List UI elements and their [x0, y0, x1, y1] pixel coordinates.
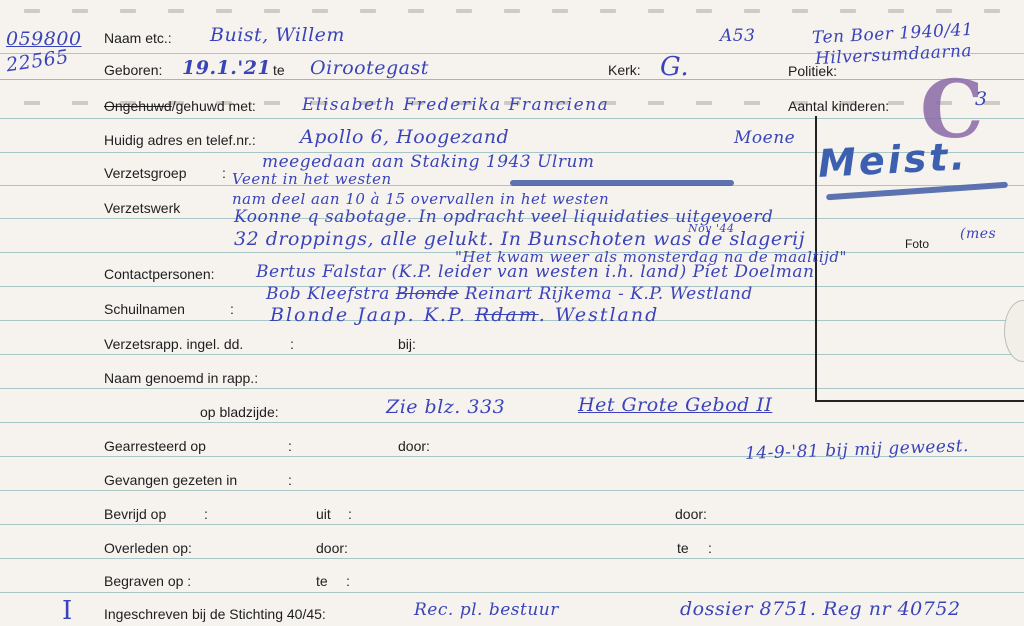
value-op-bladzijde: Zie blz. 333 [386, 396, 505, 418]
margin-number-1: 059800 [6, 28, 82, 50]
value-bezoek: 14-9-'81 bij mij geweest. [745, 436, 970, 464]
label-gevangen: Gevangen gezeten in [104, 472, 237, 488]
value-verzetsgroep: meegedaan aan Staking 1943 Ulrum [262, 152, 595, 172]
label-bij: bij: [398, 336, 416, 352]
label-contactpersonen: Contactpersonen: [104, 266, 215, 282]
perforation-mark [648, 9, 664, 13]
colon: : [348, 506, 352, 522]
value-bron: Het Grote Gebod II [578, 394, 772, 416]
perforation-mark [840, 9, 856, 13]
colon: : [288, 472, 292, 488]
label-te: te [316, 573, 328, 589]
value-naam: Buist, Willem [210, 24, 345, 46]
schuilnaam: Blonde Jaap. [270, 304, 416, 326]
schuilnaam-struck: Blonde [396, 284, 459, 304]
colon: : [708, 540, 712, 556]
label-gearresteerd: Gearresteerd op [104, 438, 206, 454]
label-gehuwd: Ongehuwd/gehuwd met: [104, 98, 256, 114]
label-ingeschreven: Ingeschreven bij de Stichting 40/45: [104, 606, 326, 622]
label-gehuwd-met: /gehuwd met: [172, 98, 256, 114]
perforation-mark [408, 9, 424, 13]
perforation-mark [120, 9, 136, 13]
value-dossier: dossier 8751. Reg nr 40752 [680, 598, 961, 620]
label-naam: Naam etc.: [104, 30, 172, 46]
value-kerk: G. [660, 52, 689, 82]
label-verzetsgroep: Verzetsgroep [104, 165, 187, 181]
value-aantal-kinderen: 3 [975, 88, 988, 110]
marker-name: Meist. [817, 134, 969, 186]
perforation-mark [744, 101, 760, 105]
label-aantal-kinderen: Aantal kinderen: [788, 98, 889, 114]
schuilnaam-rest: Reinart Rijkema - K.P. Westland [465, 284, 753, 304]
registration-card: 059800 22565 I Naam etc.: Buist, Willem … [0, 0, 1024, 626]
label-schuilnamen: Schuilnamen [104, 301, 185, 317]
perforation-mark [696, 101, 712, 105]
label-door: door: [398, 438, 430, 454]
value-adres-extra: Moene [734, 128, 795, 148]
label-verzetswerk: Verzetswerk [104, 200, 180, 216]
schuilnaam-rest: . Westland [539, 304, 660, 326]
perforation-mark [696, 9, 712, 13]
label-naam-genoemd: Naam genoemd in rapp.: [104, 370, 258, 386]
perforation-mark [600, 9, 616, 13]
label-begraven: Begraven op : [104, 573, 191, 589]
label-adres: Huidig adres en telef.nr.: [104, 132, 256, 148]
perforation-mark [792, 9, 808, 13]
perforation-mark [216, 9, 232, 13]
label-politiek: Politiek: [788, 63, 837, 79]
label-verzetsrapp: Verzetsrapp. ingel. dd. [104, 336, 243, 352]
colon: : [230, 301, 234, 317]
label-ongehuwd-struck: Ongehuwd [104, 98, 172, 114]
colon: : [290, 336, 294, 352]
colon: : [204, 506, 208, 522]
perforation-mark [24, 9, 40, 13]
label-op-bladzijde: op bladzijde: [200, 404, 279, 420]
value-schuilnamen-2: Blonde Jaap. K.P. Rdam. Westland [270, 304, 659, 326]
label-overleden: Overleden op: [104, 540, 192, 556]
label-uit: uit [316, 506, 331, 522]
perforation-mark [744, 9, 760, 13]
value-gehuwd-met: Elisabeth Frederika Franciena [302, 95, 609, 115]
perforation-mark [168, 9, 184, 13]
schuilnaam-struck: Rdam [475, 304, 539, 326]
label-bevrijd: Bevrijd op [104, 506, 166, 522]
colon: : [222, 165, 226, 181]
colon: : [288, 438, 292, 454]
perforation-mark [24, 101, 40, 105]
value-geboren-plaats: Oirootegast [310, 57, 429, 79]
perforation-mark [648, 101, 664, 105]
perforation-mark [504, 9, 520, 13]
value-adres: Apollo 6, Hoogezand [300, 126, 509, 148]
label-te: te [677, 540, 689, 556]
perforation-mark [264, 9, 280, 13]
label-door: door: [316, 540, 348, 556]
perforation-mark [888, 101, 904, 105]
value-schuilnamen-1: Bob Kleefstra Blonde Reinart Rijkema - K… [266, 284, 753, 304]
value-ingeschreven: Rec. pl. bestuur [414, 600, 559, 620]
perforation-mark [360, 9, 376, 13]
value-contactpersonen: Bertus Falstar (K.P. leider van westen i… [256, 262, 814, 282]
perforation-mark [984, 9, 1000, 13]
value-werk-note-mes: (mes [960, 226, 996, 242]
value-verzetsgroep-extra: Veent in het westen [232, 170, 392, 188]
schuilnaam-kp: K.P. [424, 304, 467, 326]
perforation-mark [312, 9, 328, 13]
perforation-mark [456, 9, 472, 13]
schuilnaam: Bob Kleefstra [266, 284, 390, 304]
marker-bar [510, 180, 734, 186]
label-te: te [273, 62, 285, 78]
margin-mark: I [62, 596, 73, 626]
value-geboren-datum: 19.1.'21 [182, 57, 271, 79]
perforation-mark [552, 9, 568, 13]
perforation-mark [72, 9, 88, 13]
value-werk-line-1: nam deel aan 10 à 15 overvallen in het w… [232, 190, 609, 208]
margin-number-2: 22565 [5, 46, 70, 77]
label-door: door: [675, 506, 707, 522]
perforation-mark [264, 101, 280, 105]
label-foto: Foto [905, 237, 929, 251]
perforation-mark [72, 101, 88, 105]
perforation-mark [936, 9, 952, 13]
value-code: A53 [720, 26, 755, 46]
label-geboren: Geboren: [104, 62, 162, 78]
value-werk-note-nov: Nov '44 [688, 222, 734, 235]
perforation-mark [888, 9, 904, 13]
colon: : [346, 573, 350, 589]
label-kerk: Kerk: [608, 62, 641, 78]
